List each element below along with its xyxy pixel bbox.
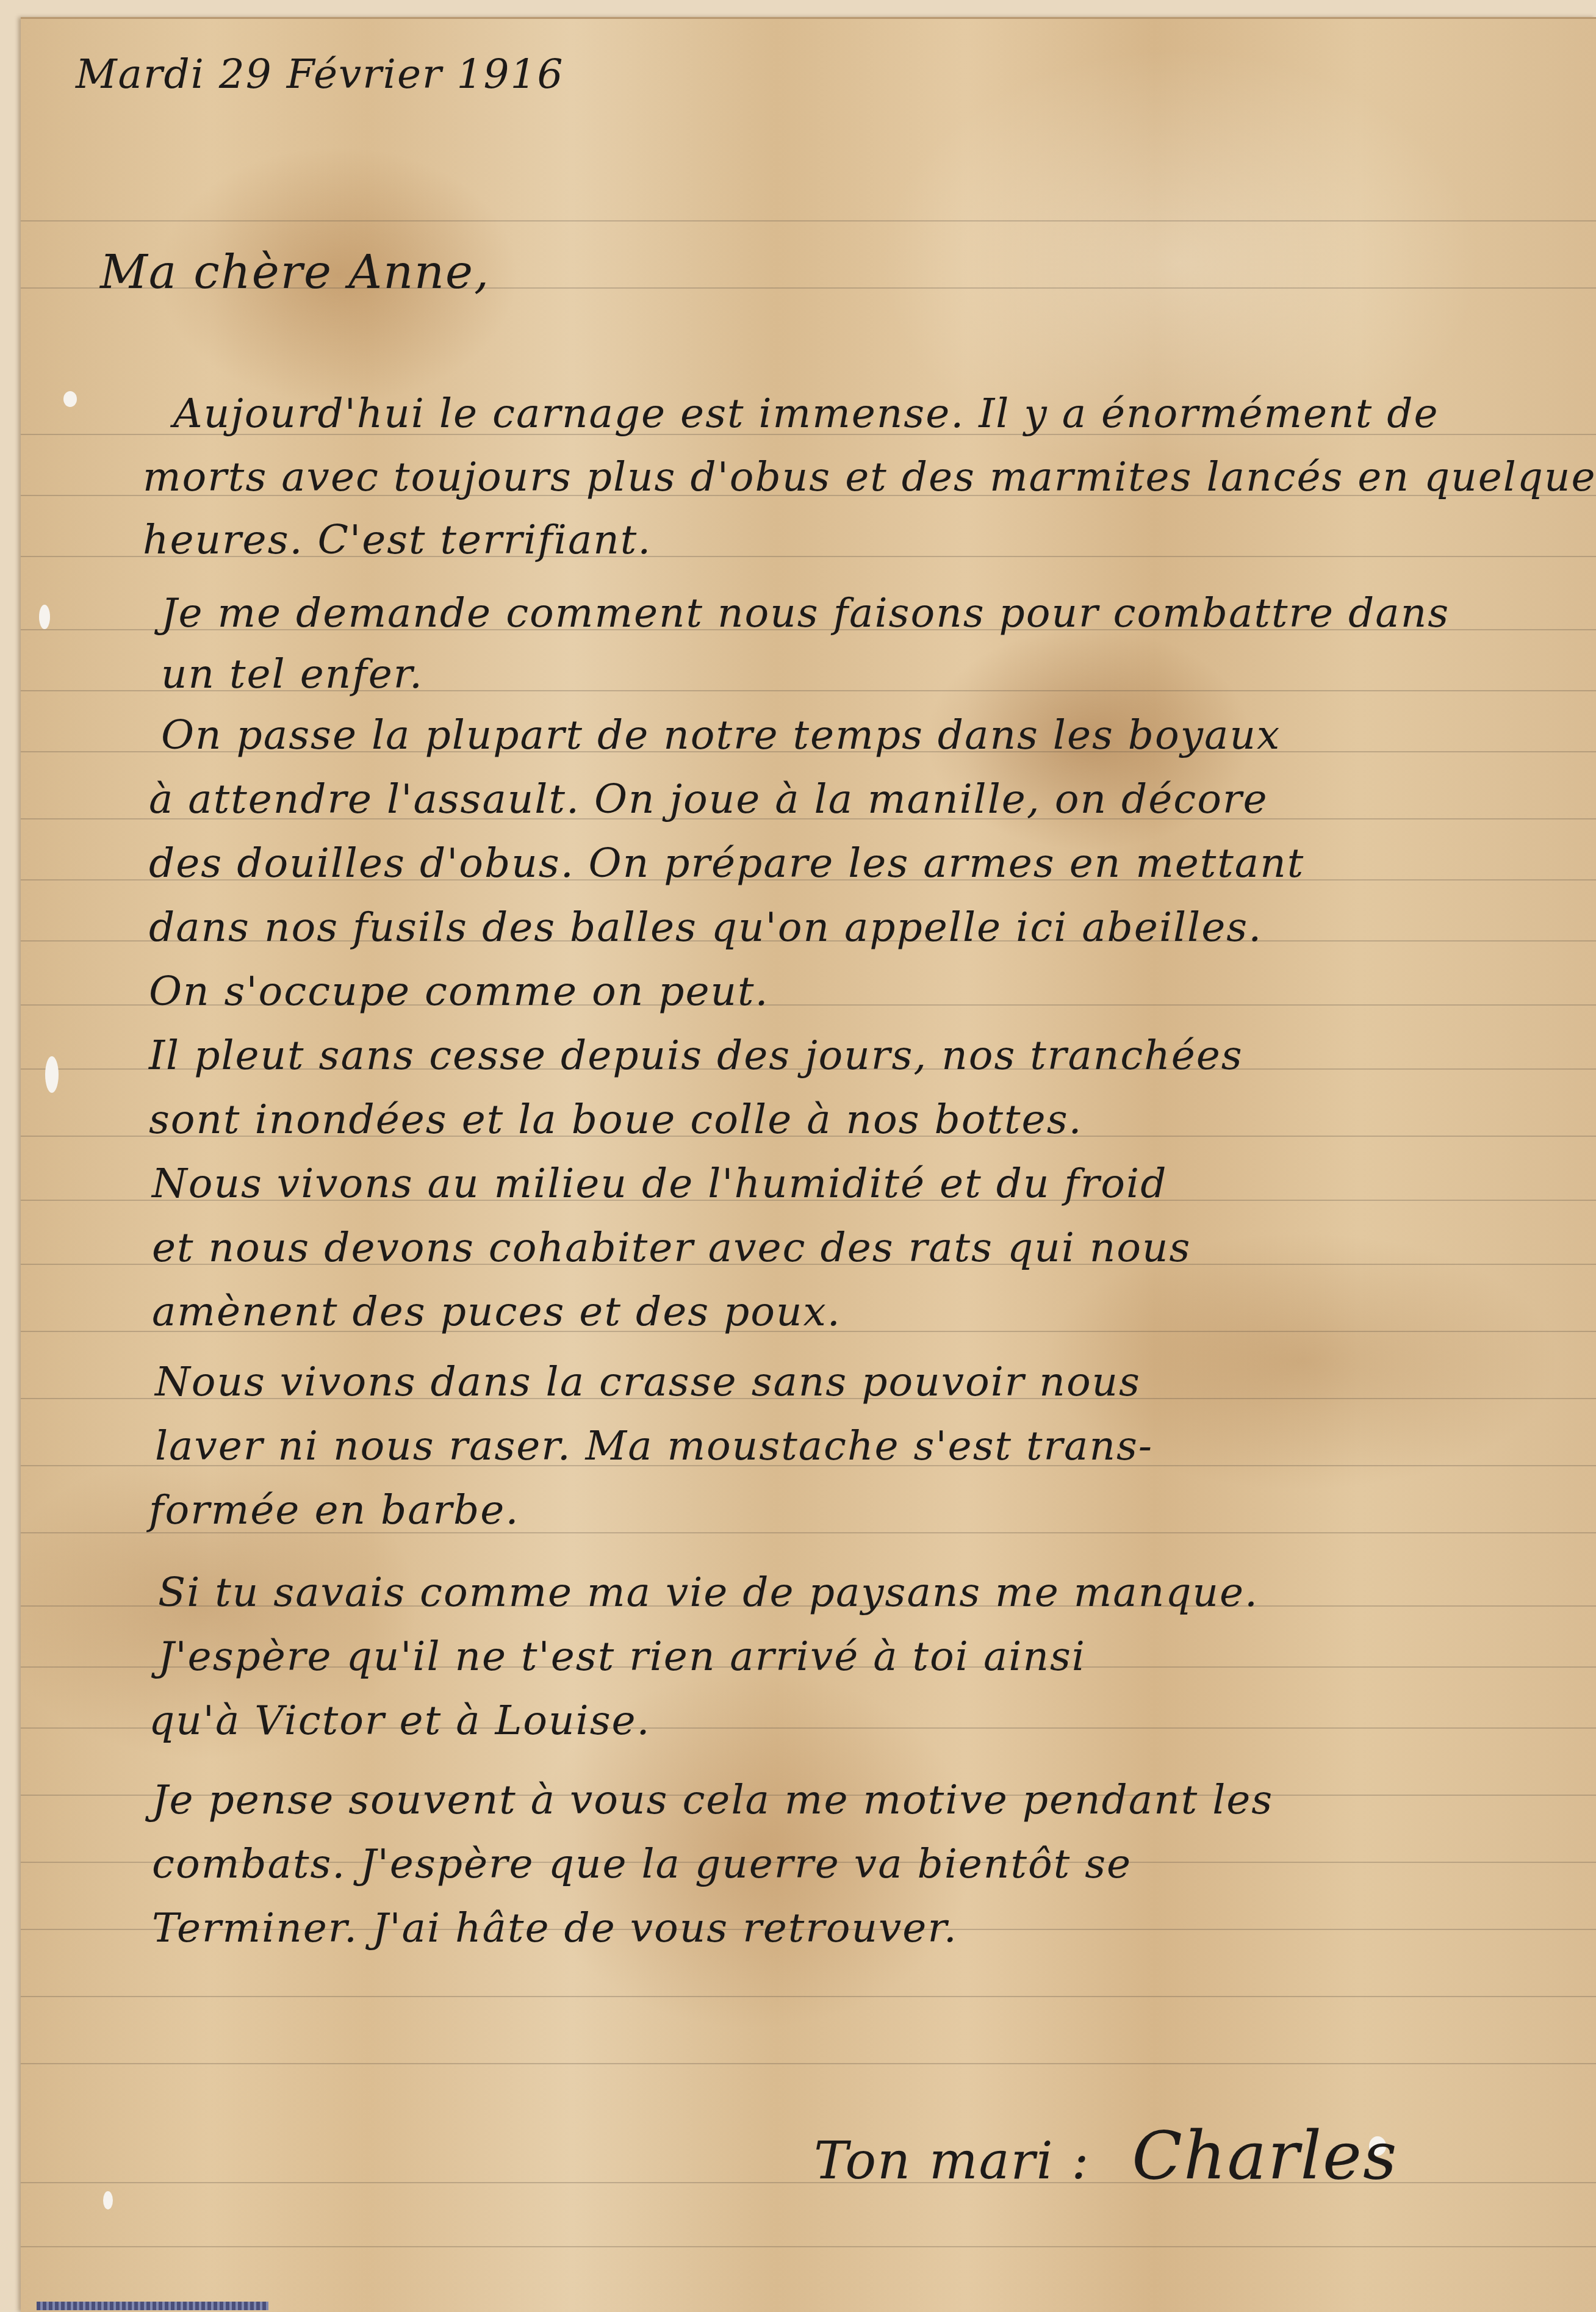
letter-line: combats. J'espère que la guerre va bient… [152, 1840, 1132, 1887]
paper-speck [63, 391, 77, 407]
letter-paper: Mardi 29 Février 1916 Ma chère Anne, Auj… [21, 17, 1596, 2310]
paper-speck [39, 605, 50, 629]
letter-line: morts avec toujours plus d'obus et des m… [143, 453, 1596, 500]
letter-line: On s'occupe comme on peut. [149, 968, 769, 1015]
letter-line: Aujourd'hui le carnage est immense. Il y… [173, 390, 1439, 437]
letter-line: formée en barbe. [149, 1486, 519, 1533]
fabric-edge [37, 2302, 268, 2310]
letter-line: Il pleut sans cesse depuis des jours, no… [149, 1032, 1243, 1079]
ruled-line [21, 2246, 1596, 2247]
letter-line: On passe la plupart de notre temps dans … [161, 711, 1281, 758]
letter-line: Nous vivons dans la crasse sans pouvoir … [155, 1358, 1141, 1405]
signature-block: Ton mari : Charles [814, 2118, 1398, 2194]
paper-speck [45, 1056, 59, 1093]
ruled-line [21, 1996, 1596, 1997]
letter-line: Je me demande comment nous faisons pour … [161, 589, 1450, 636]
letter-line: dans nos fusils des balles qu'on appelle… [149, 904, 1262, 951]
letter-line: et nous devons cohabiter avec des rats q… [152, 1224, 1191, 1271]
letter-line: un tel enfer. [161, 650, 423, 697]
letter-line: J'espère qu'il ne t'est rien arrivé à to… [158, 1633, 1086, 1680]
closing: Ton mari : [814, 2131, 1090, 2191]
salutation: Ma chère Anne, [100, 245, 490, 299]
letter-line: Terminer. J'ai hâte de vous retrouver. [152, 1904, 958, 1951]
paper-speck [103, 2191, 113, 2209]
letter-line: amènent des puces et des poux. [152, 1288, 841, 1335]
letter-line: des douilles d'obus. On prépare les arme… [149, 840, 1304, 887]
letter-date: Mardi 29 Février 1916 [76, 51, 564, 98]
letter-line: laver ni nous raser. Ma moustache s'est … [155, 1422, 1153, 1469]
letter-line: Je pense souvent à vous cela me motive p… [152, 1776, 1273, 1823]
ruled-line [21, 220, 1596, 221]
letter-line: heures. C'est terrifiant. [143, 516, 652, 563]
signature-name: Charles [1132, 2118, 1398, 2194]
letter-line: à attendre l'assault. On joue à la manil… [149, 776, 1268, 823]
letter-line: Nous vivons au milieu de l'humidité et d… [152, 1160, 1167, 1207]
letter-line: sont inondées et la boue colle à nos bot… [149, 1096, 1083, 1143]
letter-line: Si tu savais comme ma vie de paysans me … [158, 1569, 1259, 1616]
letter-line: qu'à Victor et à Louise. [149, 1697, 651, 1744]
ruled-line [21, 2063, 1596, 2064]
